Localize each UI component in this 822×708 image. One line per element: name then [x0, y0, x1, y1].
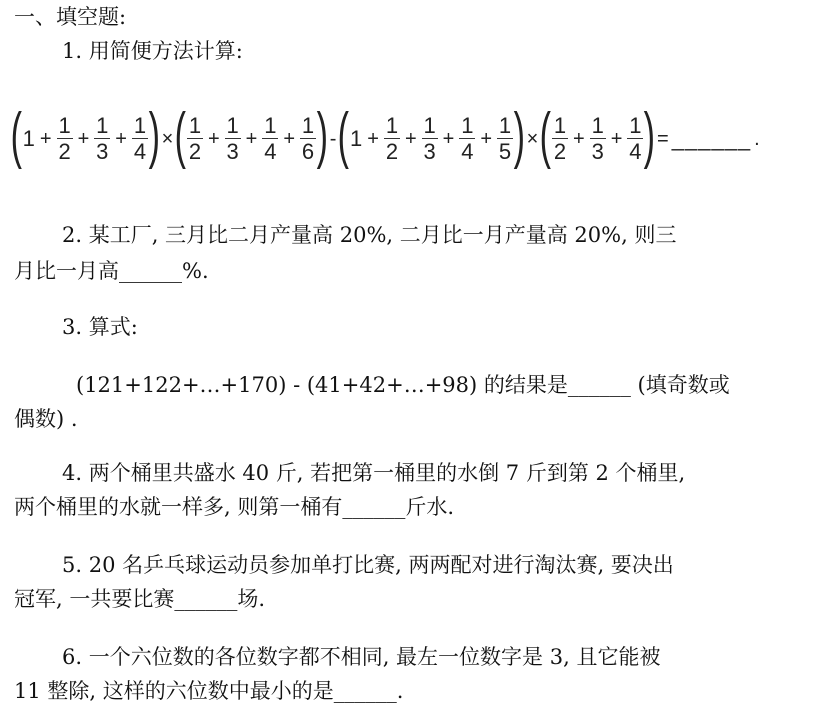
fraction: 12: [384, 114, 400, 165]
fraction: 16: [300, 114, 316, 165]
fraction: 13: [225, 114, 241, 165]
times-sign: ×: [162, 128, 174, 151]
plus-sign: +: [405, 128, 417, 151]
left-paren: (: [540, 105, 551, 167]
question-5-line-2: 冠军, 一共要比赛______场.: [14, 586, 265, 612]
left-paren: (: [338, 105, 349, 167]
plus-sign: +: [283, 128, 295, 151]
numerator: 1: [424, 114, 436, 138]
denominator: 6: [302, 139, 314, 165]
question-1-formula: (1+12+13+14)×(12+13+14+16)-(1+12+13+14+1…: [12, 104, 763, 174]
denominator: 2: [58, 139, 70, 165]
fraction: 13: [422, 114, 438, 165]
question-3-line-3: 偶数) .: [14, 406, 78, 432]
fraction: 14: [132, 114, 148, 165]
question-4-line-2: 两个桶里的水就一样多, 则第一桶有______斤水.: [14, 494, 454, 520]
numerator: 1: [264, 114, 276, 138]
denominator: 4: [629, 139, 641, 165]
denominator: 5: [499, 139, 511, 165]
integer-term: 1: [350, 126, 362, 152]
question-2-line-2: 月比一月高______%.: [14, 258, 209, 284]
denominator: 2: [386, 139, 398, 165]
numerator: 1: [629, 114, 641, 138]
numerator: 1: [302, 114, 314, 138]
numerator: 1: [134, 114, 146, 138]
fraction: 14: [627, 114, 643, 165]
right-paren: ): [149, 105, 160, 167]
plus-sign: +: [443, 128, 455, 151]
parenthesized-group: (1+12+13+14+15): [339, 108, 523, 170]
numerator: 1: [499, 114, 511, 138]
answer-blank: ______: [672, 126, 751, 152]
equals-sign: =: [657, 128, 669, 151]
fraction: 12: [187, 114, 203, 165]
parenthesized-group: (12+13+14): [541, 108, 654, 170]
plus-sign: +: [115, 128, 127, 151]
right-paren: ): [514, 105, 525, 167]
fraction: 13: [590, 114, 606, 165]
left-paren: (: [11, 105, 22, 167]
minus-sign: -: [330, 128, 337, 151]
parenthesized-group: (1+12+13+14): [12, 108, 159, 170]
fraction: 12: [57, 114, 73, 165]
times-sign: ×: [527, 128, 539, 151]
numerator: 1: [96, 114, 108, 138]
plus-sign: +: [367, 128, 379, 151]
numerator: 1: [592, 114, 604, 138]
integer-term: 1: [23, 126, 35, 152]
denominator: 4: [461, 139, 473, 165]
denominator: 3: [592, 139, 604, 165]
question-5-line-1: 5. 20 名乒乓球运动员参加单打比赛, 两两配对进行淘汰赛, 要决出: [62, 552, 674, 578]
plus-sign: +: [246, 128, 258, 151]
plus-sign: +: [78, 128, 90, 151]
numerator: 1: [58, 114, 70, 138]
numerator: 1: [386, 114, 398, 138]
section-title: 一、填空题:: [14, 4, 126, 30]
numerator: 1: [227, 114, 239, 138]
question-1-text: 用简便方法计算:: [89, 39, 243, 63]
right-paren: ): [644, 105, 655, 167]
question-6-line-1: 6. 一个六位数的各位数字都不相同, 最左一位数字是 3, 且它能被: [62, 644, 660, 670]
fraction: 12: [552, 114, 568, 165]
fraction: 14: [262, 114, 278, 165]
numerator: 1: [554, 114, 566, 138]
period: .: [754, 128, 760, 151]
question-2-line-1: 2. 某工厂, 三月比二月产量高 20%, 二月比一月产量高 20%, 则三: [62, 222, 676, 248]
plus-sign: +: [208, 128, 220, 151]
denominator: 4: [264, 139, 276, 165]
question-3-line-1: 3. 算式:: [62, 314, 138, 340]
denominator: 2: [189, 139, 201, 165]
fraction: 14: [459, 114, 475, 165]
question-6-line-2: 11 整除, 这样的六位数中最小的是______.: [14, 678, 403, 704]
question-1-number: 1.: [62, 39, 82, 63]
fraction: 13: [94, 114, 110, 165]
denominator: 3: [96, 139, 108, 165]
numerator: 1: [189, 114, 201, 138]
plus-sign: +: [480, 128, 492, 151]
right-paren: ): [317, 105, 328, 167]
numerator: 1: [461, 114, 473, 138]
denominator: 3: [227, 139, 239, 165]
fraction: 15: [497, 114, 513, 165]
denominator: 2: [554, 139, 566, 165]
left-paren: (: [175, 105, 186, 167]
question-4-line-1: 4. 两个桶里共盛水 40 斤, 若把第一桶里的水倒 7 斤到第 2 个桶里,: [62, 460, 685, 486]
plus-sign: +: [611, 128, 623, 151]
question-1-prompt: 1. 用简便方法计算:: [62, 38, 243, 64]
plus-sign: +: [40, 128, 52, 151]
parenthesized-group: (12+13+14+16): [176, 108, 326, 170]
denominator: 3: [424, 139, 436, 165]
question-3-line-2: (121+122+…+170) - (41+42+…+98) 的结果是_____…: [76, 372, 730, 398]
denominator: 4: [134, 139, 146, 165]
plus-sign: +: [573, 128, 585, 151]
